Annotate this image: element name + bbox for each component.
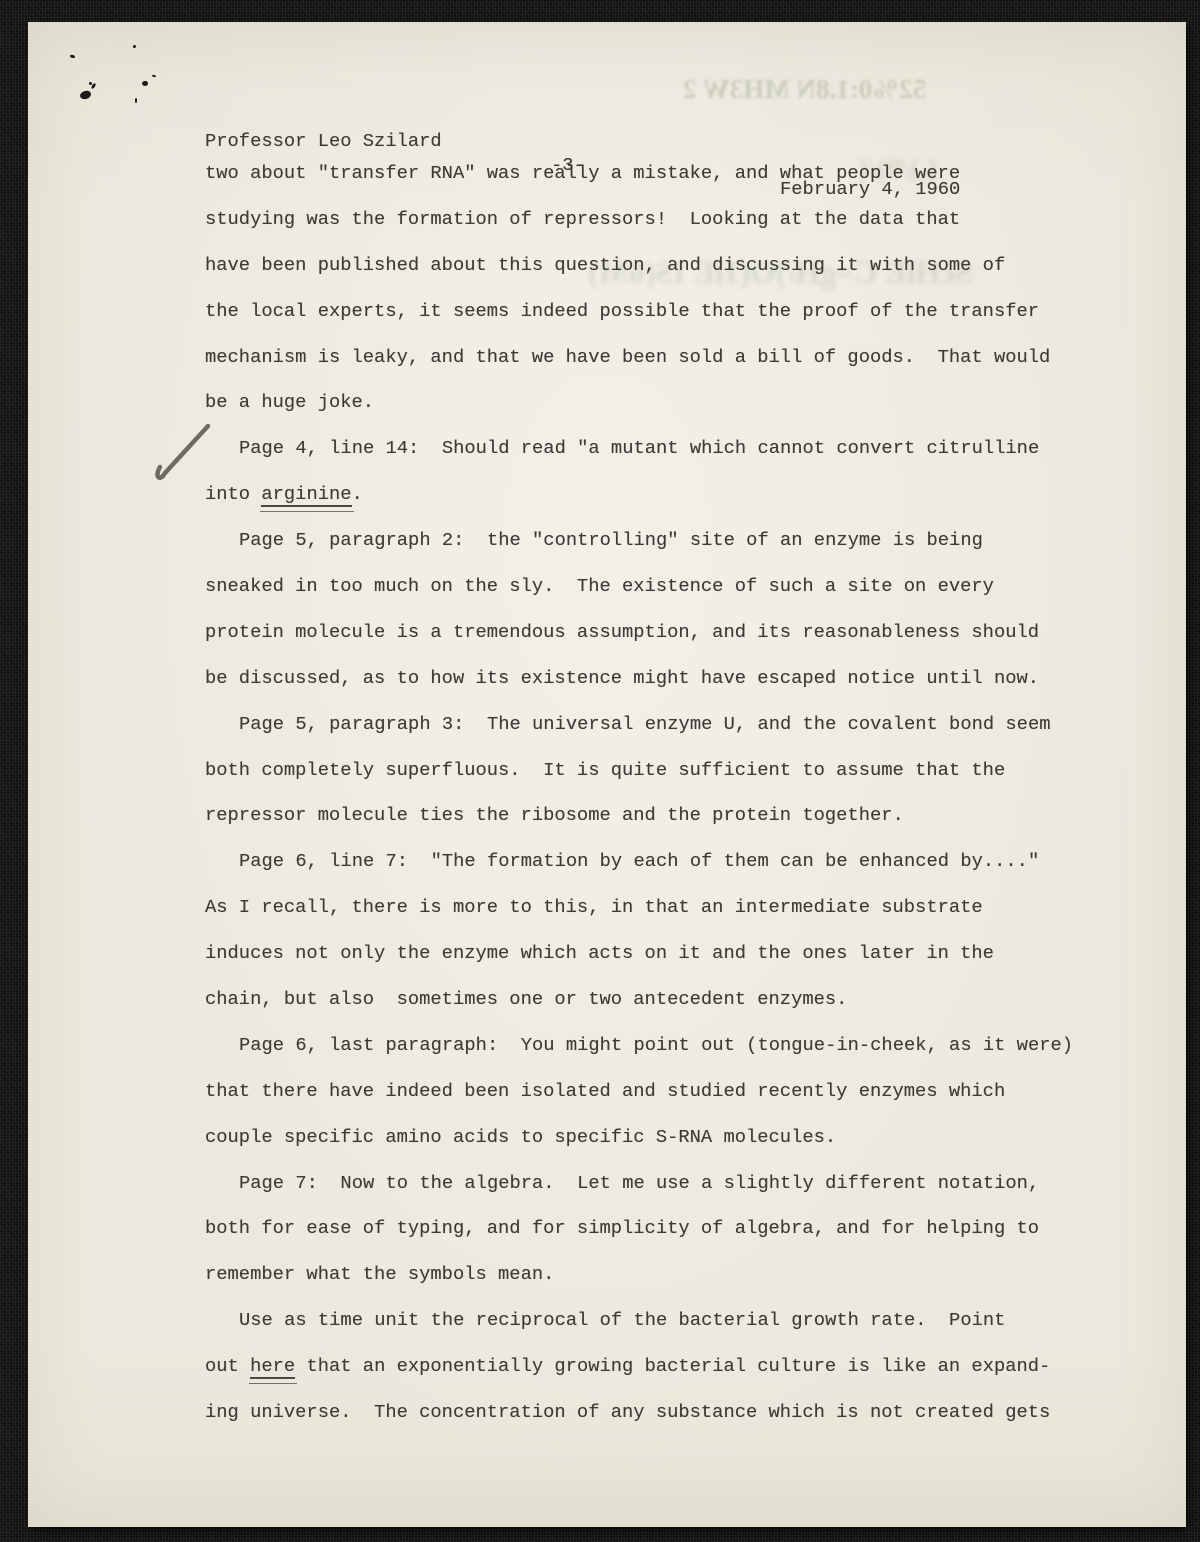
ink-speck [152, 75, 156, 78]
text-line: protein molecule is a tremendous assumpt… [205, 610, 1135, 656]
underlined-word: arginine [261, 483, 351, 505]
underlined-word: here [250, 1355, 295, 1377]
text-line: Page 5, paragraph 3: The universal enzym… [205, 702, 1135, 748]
text-line: have been published about this question,… [205, 243, 1135, 289]
line-text: . [352, 483, 363, 505]
text-line: As I recall, there is more to this, in t… [205, 885, 1135, 931]
page-number: -3- [551, 153, 585, 177]
line-text: into [205, 483, 261, 505]
document-header: Professor Leo Szilard -3- February 4, 19… [205, 105, 1135, 129]
text-line: be discussed, as to how its existence mi… [205, 656, 1135, 702]
text-line: both completely superfluous. It is quite… [205, 748, 1135, 794]
text-line: studying was the formation of repressors… [205, 197, 1135, 243]
text-line: mechanism is leaky, and that we have bee… [205, 335, 1135, 381]
text-line: into arginine. [205, 472, 1135, 518]
text-line: Page 6, line 7: "The formation by each o… [205, 839, 1135, 885]
text-line: sneaked in too much on the sly. The exis… [205, 564, 1135, 610]
ink-speck [70, 54, 76, 58]
typewritten-content: Professor Leo Szilard -3- February 4, 19… [205, 105, 1135, 1436]
document-body: two about "transfer RNA" was really a mi… [205, 151, 1135, 1436]
text-line: ing universe. The concentration of any s… [205, 1390, 1135, 1436]
recipient-name: Professor Leo Szilard [205, 129, 442, 153]
text-line: Use as time unit the reciprocal of the b… [205, 1298, 1135, 1344]
text-line: Page 4, line 14: Should read "a mutant w… [205, 426, 1135, 472]
text-line: repressor molecule ties the ribosome and… [205, 793, 1135, 839]
text-line: couple specific amino acids to specific … [205, 1115, 1135, 1161]
text-line: be a huge joke. [205, 380, 1135, 426]
text-line: the local experts, it seems indeed possi… [205, 289, 1135, 335]
text-line: Page 6, last paragraph: You might point … [205, 1023, 1135, 1069]
ink-speck [142, 81, 148, 86]
text-line: two about "transfer RNA" was really a mi… [205, 151, 1135, 197]
letter-date: February 4, 1960 [780, 177, 960, 201]
text-line: induces not only the enzyme which acts o… [205, 931, 1135, 977]
text-line: Page 5, paragraph 2: the "controlling" s… [205, 518, 1135, 564]
letter-page: 52%0:1.8N MH3W 2 (,)/9)/( ScHlE C=gH/)O(… [28, 22, 1186, 1527]
line-text: out [205, 1355, 250, 1377]
text-line: remember what the symbols mean. [205, 1252, 1135, 1298]
text-line: Page 7: Now to the algebra. Let me use a… [205, 1161, 1135, 1207]
text-line: that there have indeed been isolated and… [205, 1069, 1135, 1115]
ink-speck [133, 45, 136, 48]
text-line: both for ease of typing, and for simplic… [205, 1206, 1135, 1252]
ink-speck [135, 98, 137, 103]
line-text: that an exponentially growing bacterial … [295, 1355, 1050, 1377]
scan-background: 52%0:1.8N MH3W 2 (,)/9)/( ScHlE C=gH/)O(… [0, 0, 1200, 1542]
text-line: out here that an exponentially growing b… [205, 1344, 1135, 1390]
ink-speck [79, 90, 91, 99]
bleedthrough-mark: 52%0:1.8N MH3W 2 [683, 74, 926, 105]
text-line: chain, but also sometimes one or two ant… [205, 977, 1135, 1023]
